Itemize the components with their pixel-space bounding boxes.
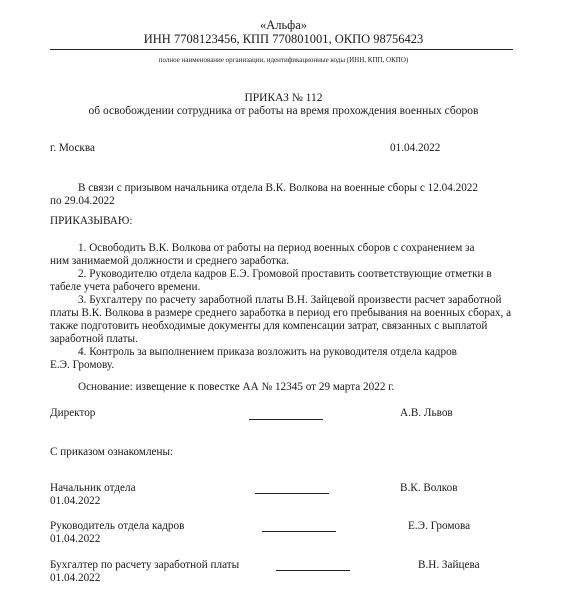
ack-date-1: 01.04.2022 <box>50 495 100 508</box>
ack-name-1: В.К. Волков <box>400 482 458 495</box>
director-signature-line <box>249 419 323 420</box>
order-city: г. Москва <box>50 142 95 155</box>
ack-signature-line-2 <box>262 531 336 532</box>
order-preamble: В связи с призывом начальника отдела В.К… <box>50 182 490 208</box>
ack-position-1: Начальник отдела <box>50 482 136 495</box>
order-item-4: 4. Контроль за выполнением приказа возло… <box>50 346 470 372</box>
ack-date-2: 01.04.2022 <box>50 533 100 546</box>
acknowledged-heading: С приказом ознакомлены: <box>50 446 173 459</box>
ack-signature-line-1 <box>255 493 329 494</box>
director-position: Директор <box>50 407 95 420</box>
ack-date-3: 01.04.2022 <box>50 572 100 585</box>
order-item-3: 3. Бухгалтеру по расчету заработной плат… <box>50 294 512 346</box>
order-item-2: 2. Руководителю отдела кадров Е.Э. Громо… <box>50 268 495 294</box>
ack-position-3: Бухгалтер по расчету заработной платы <box>50 559 239 572</box>
order-title: ПРИКАЗ № 112 <box>0 92 567 105</box>
order-subtitle: об освобождении сотрудника от работы на … <box>0 105 567 118</box>
organization-codes: ИНН 7708123456, КПП 770801001, ОКПО 9875… <box>0 33 567 46</box>
order-basis: Основание: извещение к повестке АА № 123… <box>78 381 394 394</box>
order-date: 01.04.2022 <box>390 142 440 155</box>
ack-name-3: В.Н. Зайцева <box>418 559 480 572</box>
order-item-1: 1. Освободить В.К. Волкова от работы на … <box>50 242 495 268</box>
decree-word: ПРИКАЗЫВАЮ: <box>50 215 132 228</box>
header-divider <box>50 49 513 50</box>
ack-position-2: Руководитель отдела кадров <box>50 520 184 533</box>
header-caption: полное наименование организации, идентиф… <box>0 54 567 67</box>
ack-signature-line-3 <box>276 570 350 571</box>
ack-name-2: Е.Э. Громова <box>408 520 470 533</box>
organization-name: «Альфа» <box>0 19 567 32</box>
director-name: А.В. Львов <box>400 407 453 420</box>
